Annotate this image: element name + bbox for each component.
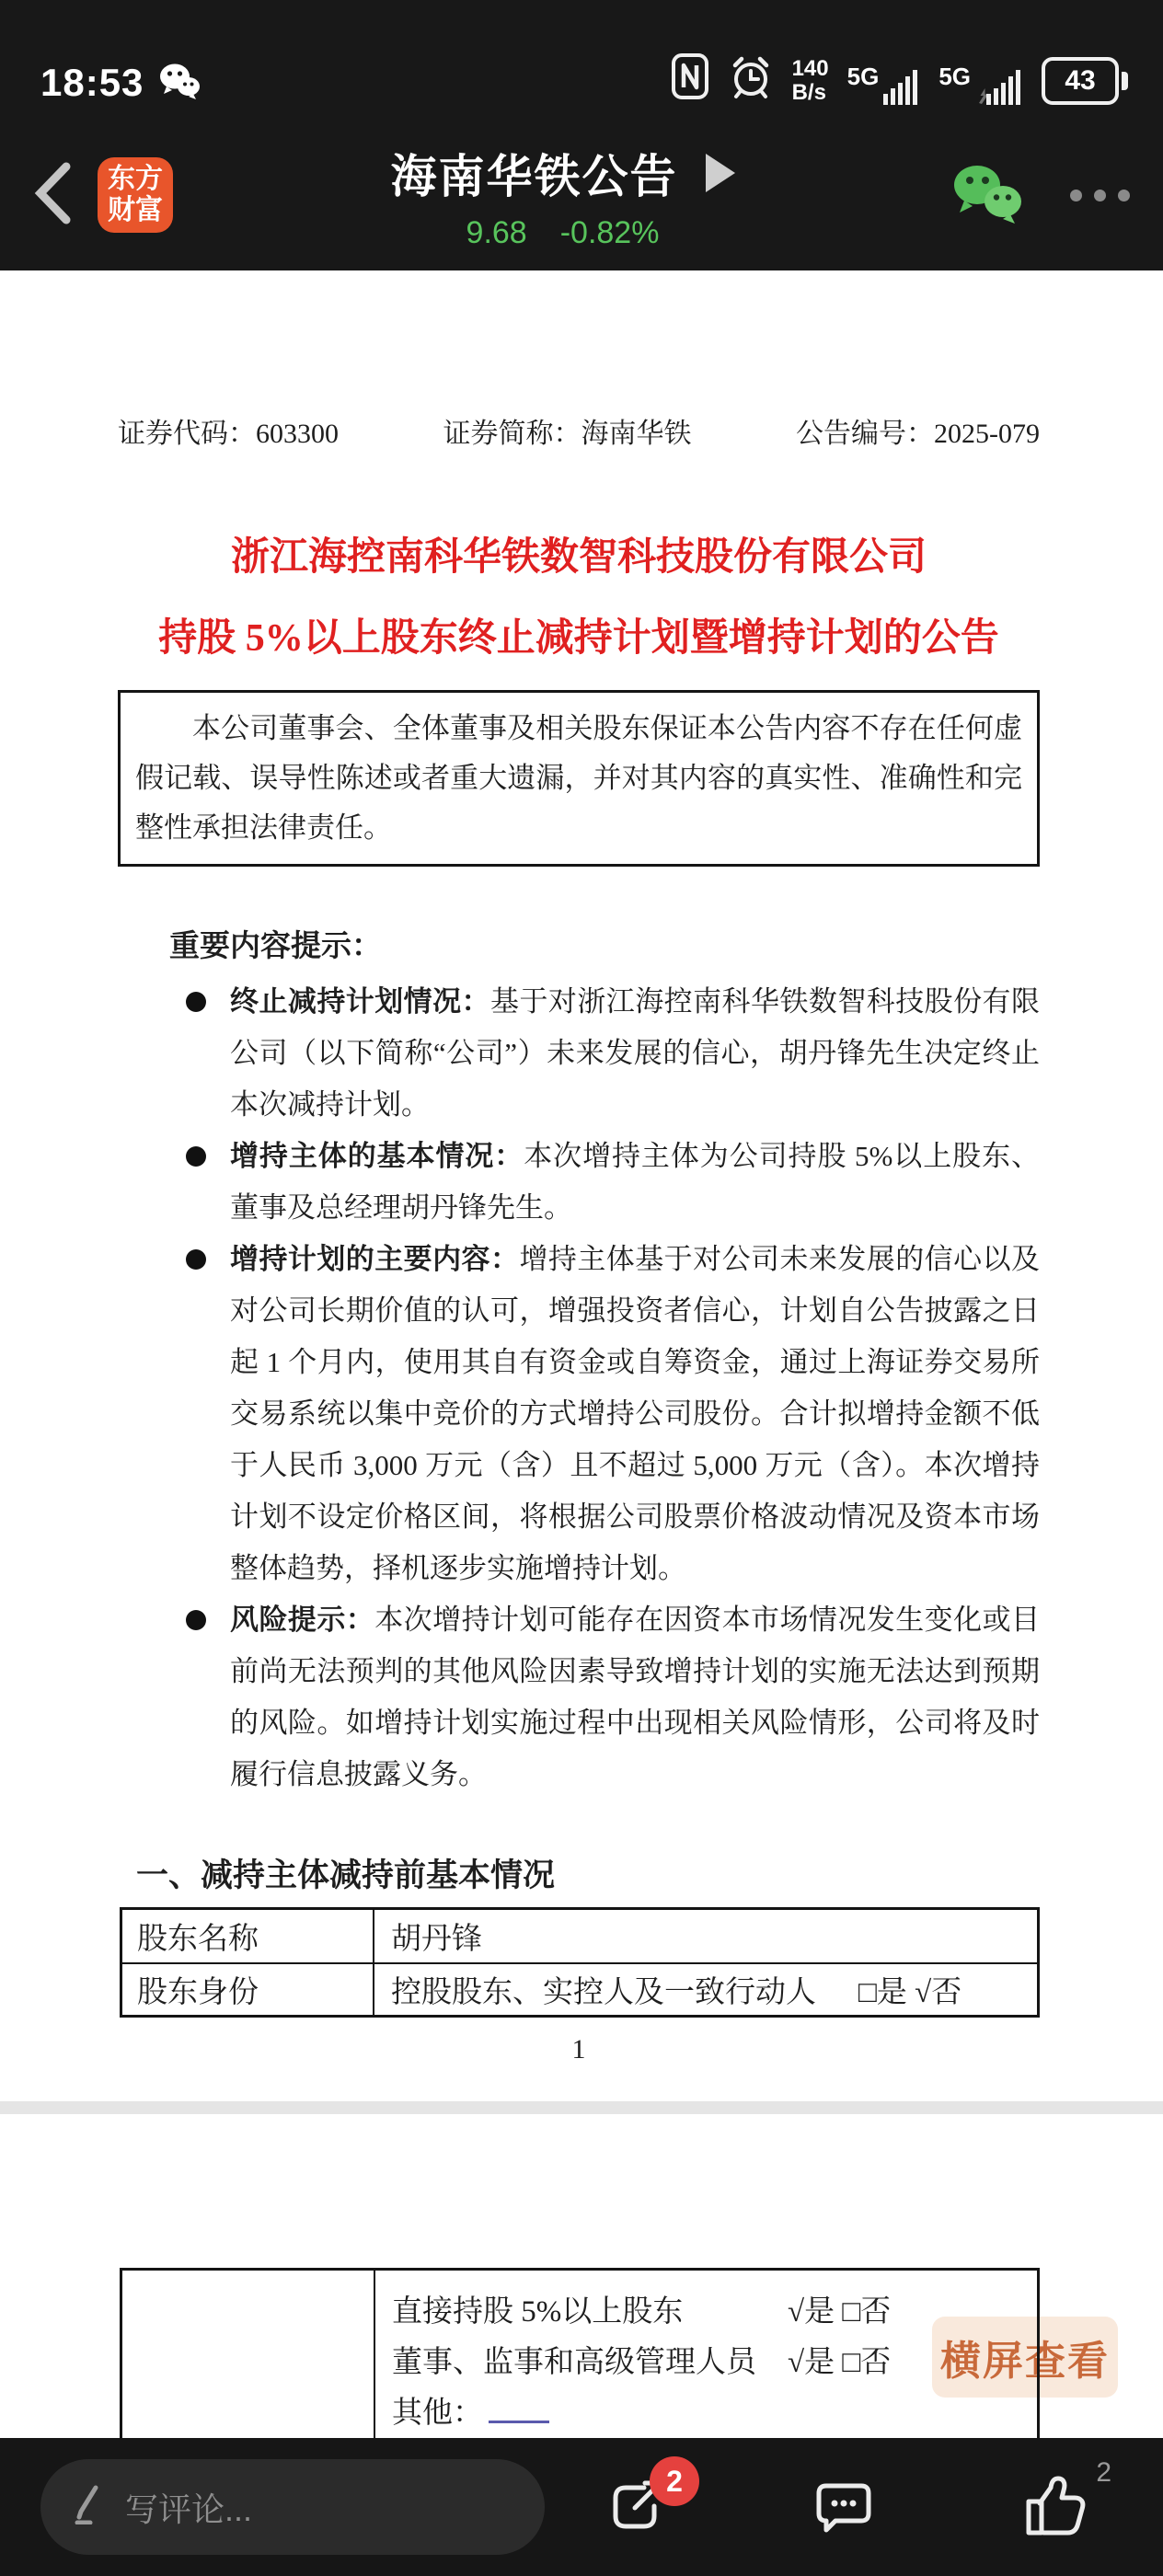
table-row: 直接持股 5%以上股东 √是 □否 bbox=[392, 2283, 1037, 2334]
table-row: 股东名称 胡丹锋 bbox=[122, 1910, 1037, 1962]
bullet-item: 增持主体的基本情况：本次增持主体为公司持股 5%以上股东、董事及总经理胡丹锋先生… bbox=[118, 1131, 1040, 1234]
sim2-label: 5G bbox=[938, 66, 971, 86]
app-header: 东方 财富 海南华铁公告 9.68 -0.82% bbox=[0, 120, 1163, 270]
stock-quote[interactable]: 9.68 -0.82% bbox=[466, 215, 660, 251]
table-cell-value: 控股股东、实控人及一致行动人 bbox=[391, 1968, 816, 2011]
header-left: 东方 财富 bbox=[33, 157, 173, 233]
status-bar: 18:53 bbox=[0, 0, 1163, 120]
status-right: 140 B/s 5G 5G bbox=[671, 52, 1128, 105]
table-row: 董事、监事和高级管理人员 √是 □否 bbox=[392, 2334, 1037, 2385]
logo-line2: 财富 bbox=[108, 195, 163, 226]
play-audio-icon[interactable] bbox=[706, 154, 735, 192]
table-row: 股东身份 控股股东、实控人及一致行动人 □是 √否 bbox=[122, 1962, 1037, 2015]
table-cell-check: □是 √否 bbox=[858, 1968, 961, 2011]
announcement-page-2: 直接持股 5%以上股东 √是 □否 董事、监事和高级管理人员 √是 □否 其他： bbox=[0, 2114, 1163, 2438]
comment-placeholder: 写评论... bbox=[125, 2484, 252, 2531]
clock: 18:53 bbox=[40, 61, 144, 105]
bullet-label: 终止减持计划情况： bbox=[230, 985, 490, 1018]
pencil-icon bbox=[72, 2482, 107, 2533]
announcement-title-line2: 持股 5%以上股东终止减持计划暨增持计划的公告 bbox=[118, 598, 1040, 679]
doc-meta-row: 证券代码：603300 证券简称：海南华铁 公告编号：2025-079 bbox=[118, 410, 1040, 451]
comment-icon bbox=[812, 2475, 876, 2539]
announcement-title-line1: 浙江海控南科华铁数智科技股份有限公司 bbox=[118, 517, 1040, 598]
identity-check: √是 □否 bbox=[788, 2338, 891, 2381]
status-left: 18:53 bbox=[40, 61, 201, 105]
network-speed: 140 B/s bbox=[792, 57, 829, 105]
like-count: 2 bbox=[1096, 2457, 1111, 2489]
logo-line1: 东方 bbox=[108, 164, 163, 195]
announcement-title: 浙江海控南科华铁数智科技股份有限公司 持股 5%以上股东终止减持计划暨增持计划的… bbox=[118, 517, 1040, 679]
table-cell-label: 股东名称 bbox=[122, 1910, 374, 1962]
wechat-share-icon[interactable] bbox=[952, 162, 1026, 229]
like-button[interactable]: 2 bbox=[1019, 2474, 1088, 2540]
screen: 18:53 bbox=[0, 0, 1163, 2576]
header-center: 海南华铁公告 9.68 -0.82% bbox=[173, 140, 952, 251]
stock-change: -0.82% bbox=[560, 215, 660, 251]
share-badge: 2 bbox=[650, 2456, 699, 2506]
sim1-signal: 5G bbox=[847, 66, 921, 105]
bullet-label: 风险提示： bbox=[230, 1604, 374, 1636]
comment-input[interactable]: 写评论... bbox=[40, 2459, 545, 2555]
security-code: 证券代码：603300 bbox=[118, 410, 339, 451]
comments-button[interactable] bbox=[812, 2475, 876, 2539]
sim2-signal: 5G bbox=[938, 66, 1023, 105]
bottom-bar: 写评论... 2 bbox=[0, 2438, 1163, 2576]
bullet-item: 终止减持计划情况：基于对浙江海控南科华铁数智科技股份有限公司（以下简称“公司”）… bbox=[118, 976, 1040, 1131]
bottom-actions: 2 2 bbox=[545, 2474, 1123, 2540]
sim1-label: 5G bbox=[847, 66, 880, 86]
table-cell-label: 股东身份 bbox=[122, 1964, 374, 2015]
eastmoney-logo[interactable]: 东方 财富 bbox=[98, 157, 173, 233]
table-cell-content: 直接持股 5%以上股东 √是 □否 董事、监事和高级管理人员 √是 □否 其他： bbox=[375, 2271, 1037, 2438]
identity-label: 董事、监事和高级管理人员 bbox=[392, 2338, 788, 2381]
sim2-signal-bars-icon bbox=[975, 66, 1023, 105]
sim1-signal-bars-icon bbox=[883, 66, 920, 105]
page-separator bbox=[0, 2101, 1163, 2114]
alarm-icon bbox=[728, 54, 774, 105]
identity-label: 直接持股 5%以上股东 bbox=[392, 2287, 788, 2330]
holder-info-table: 股东名称 胡丹锋 股东身份 控股股东、实控人及一致行动人 □是 √否 bbox=[120, 1907, 1040, 2018]
identity-label: 其他： bbox=[392, 2388, 483, 2432]
page-title: 海南华铁公告 bbox=[391, 140, 678, 206]
announcement-no: 公告编号：2025-079 bbox=[796, 410, 1040, 451]
section1-title: 一、减持主体减持前基本情况 bbox=[136, 1850, 1040, 1896]
declaration-box: 本公司董事会、全体董事及相关股东保证本公告内容不存在任何虚假记载、误导性陈述或者… bbox=[118, 690, 1040, 867]
bullet-label: 增持主体的基本情况： bbox=[230, 1140, 524, 1172]
net-speed-value: 140 bbox=[792, 57, 829, 81]
back-chevron-icon[interactable] bbox=[33, 161, 72, 230]
more-options-icon[interactable] bbox=[1070, 190, 1130, 201]
table-row: 其他： bbox=[392, 2385, 1037, 2435]
battery-icon: 43 bbox=[1042, 57, 1128, 105]
battery-level: 43 bbox=[1065, 65, 1095, 97]
security-name: 证券简称：海南华铁 bbox=[443, 410, 692, 451]
hint-bullet-list: 终止减持计划情况：基于对浙江海控南科华铁数智科技股份有限公司（以下简称“公司”）… bbox=[118, 976, 1040, 1800]
like-icon bbox=[1019, 2474, 1088, 2540]
bullet-label: 增持计划的主要内容： bbox=[230, 1243, 519, 1275]
bullet-item: 风险提示：本次增持计划可能存在因资本市场情况发生变化或目前尚无法预判的其他风险因… bbox=[118, 1594, 1040, 1800]
important-hint-title: 重要内容提示： bbox=[169, 922, 1040, 965]
page-number: 1 bbox=[118, 2034, 1040, 2065]
table-cell-empty bbox=[122, 2271, 375, 2438]
nfc-icon bbox=[671, 52, 709, 105]
wechat-notification-icon bbox=[158, 62, 201, 105]
other-blank-line bbox=[489, 2398, 549, 2423]
table-cell-value: 胡丹锋 bbox=[391, 1915, 482, 1958]
bullet-text: 增持主体基于对公司未来发展的信心以及对公司长期价值的认可，增强投资者信心，计划自… bbox=[230, 1243, 1040, 1584]
announcement-page-1: 证券代码：603300 证券简称：海南华铁 公告编号：2025-079 浙江海控… bbox=[0, 270, 1163, 2101]
identity-check: √是 □否 bbox=[788, 2287, 891, 2330]
bullet-item: 增持计划的主要内容：增持主体基于对公司未来发展的信心以及对公司长期价值的认可，增… bbox=[118, 1234, 1040, 1594]
stock-price: 9.68 bbox=[466, 215, 527, 251]
declaration-text: 本公司董事会、全体董事及相关股东保证本公告内容不存在任何虚假记载、误导性陈述或者… bbox=[135, 712, 1022, 844]
share-button[interactable]: 2 bbox=[604, 2475, 668, 2539]
header-right bbox=[952, 162, 1130, 229]
holder-identity-table: 直接持股 5%以上股东 √是 □否 董事、监事和高级管理人员 √是 □否 其他： bbox=[120, 2268, 1040, 2438]
net-speed-unit: B/s bbox=[792, 81, 829, 105]
